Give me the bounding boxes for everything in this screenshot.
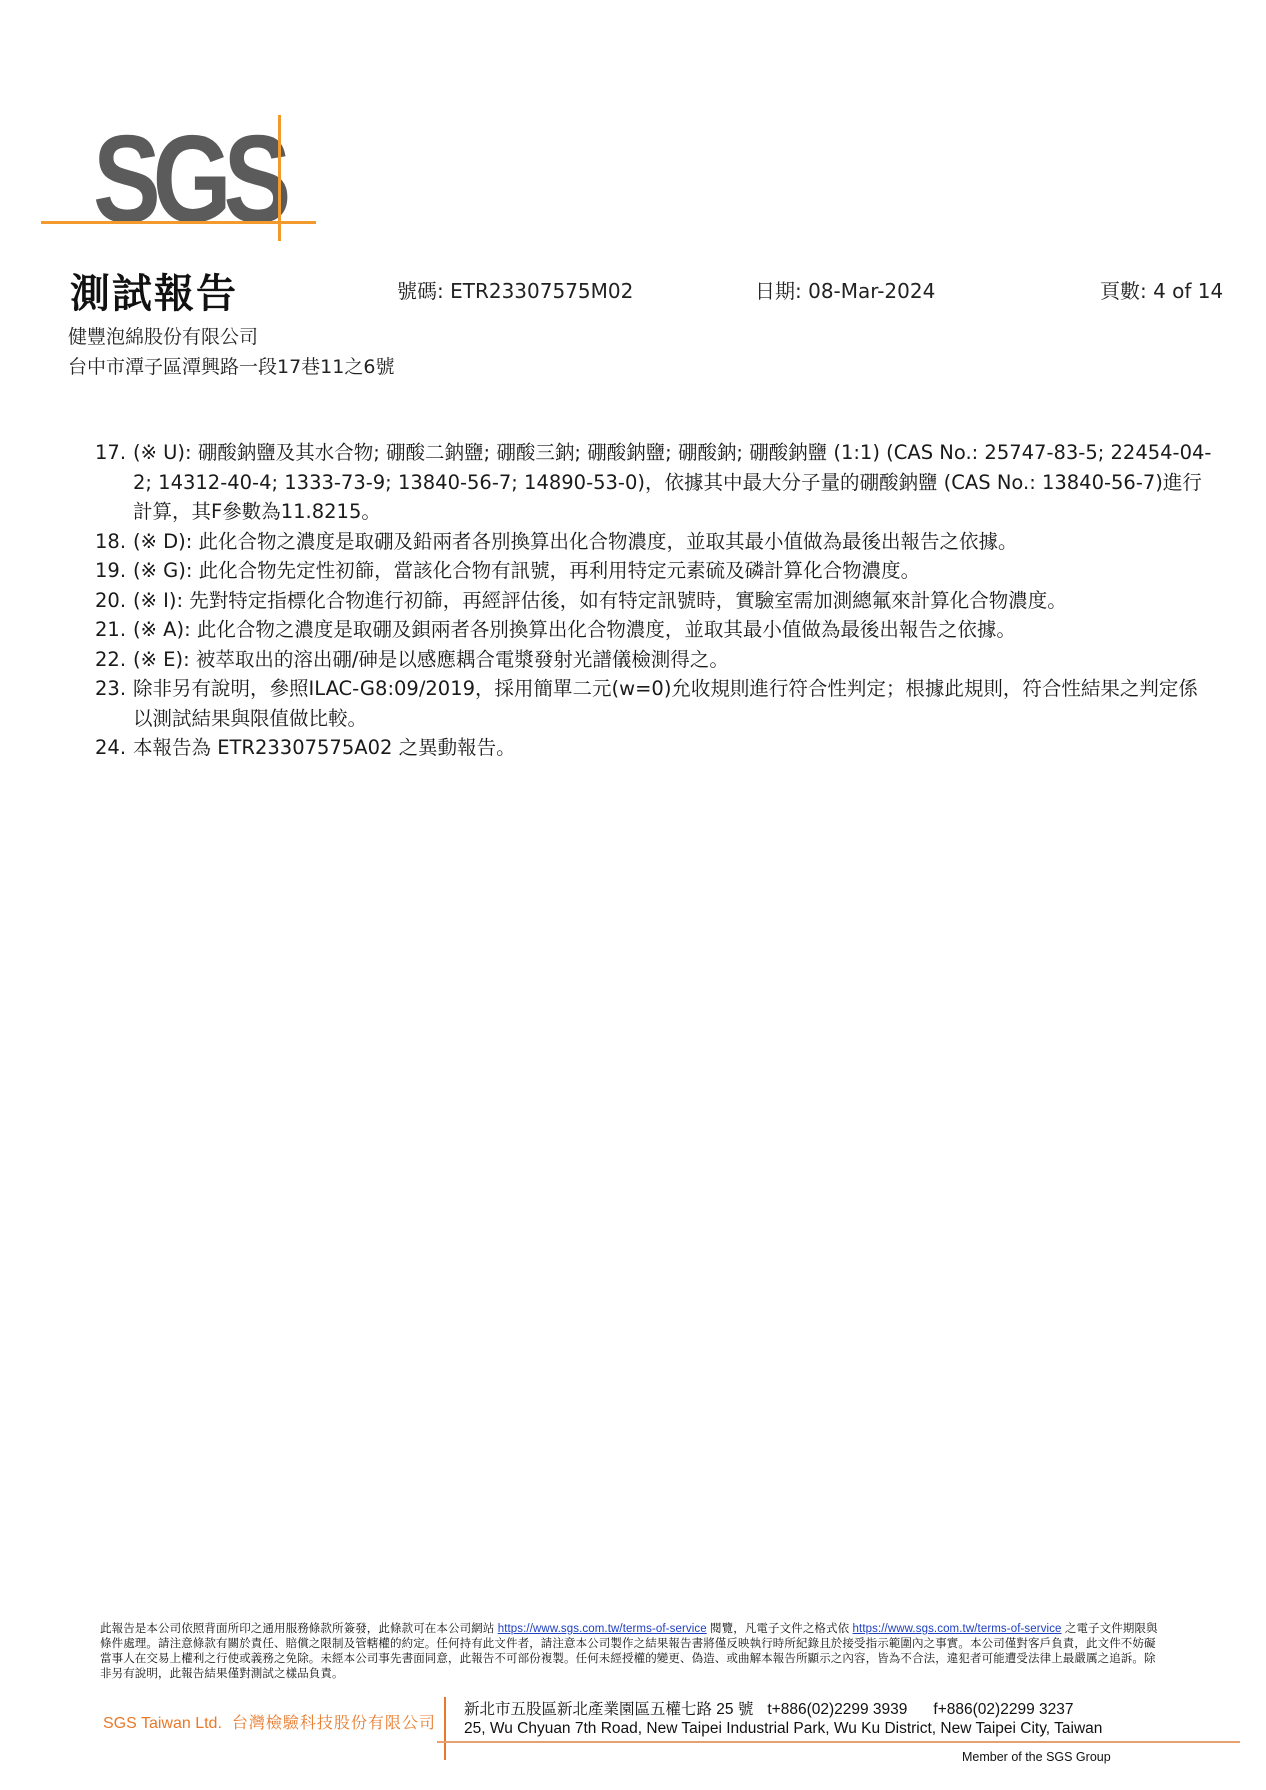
footer-vertical-rule <box>444 1697 446 1760</box>
member-note: Member of the SGS Group <box>962 1750 1111 1764</box>
note-number: 22. <box>95 645 133 675</box>
company-name-en: SGS Taiwan Ltd. <box>103 1715 222 1732</box>
logo-vertical-rule <box>278 115 281 241</box>
note-item: 21. (※ A): 此化合物之濃度是取硼及鋇兩者各別換算出化合物濃度，並取其最… <box>95 615 1215 645</box>
note-item: 18. (※ D): 此化合物之濃度是取硼及鉛兩者各別換算出化合物濃度，並取其最… <box>95 527 1215 557</box>
report-title: 測試報告 <box>70 262 238 319</box>
note-text: 除非另有說明，參照ILAC-G8:09/2019，採用簡單二元(w=0)允收規則… <box>133 674 1215 733</box>
client-name: 健豐泡綿股份有限公司 <box>68 322 258 349</box>
disclaimer-text: 閱覽，凡電子文件之格式依 <box>707 1623 853 1635</box>
note-number: 24. <box>95 733 133 763</box>
note-item: 24. 本報告為 ETR23307575A02 之異動報告。 <box>95 733 1215 763</box>
page-count: 頁數: 4 of 14 <box>1100 275 1223 304</box>
company-name: SGS Taiwan Ltd.台灣檢驗科技股份有限公司 <box>103 1710 436 1733</box>
terms-link[interactable]: https://www.sgs.com.tw/terms-of-service <box>853 1623 1062 1635</box>
note-item: 19. (※ G): 此化合物先定性初篩，當該化合物有訊號，再利用特定元素硫及磷… <box>95 556 1215 586</box>
terms-link[interactable]: https://www.sgs.com.tw/terms-of-service <box>498 1623 707 1635</box>
logo-horizontal-rule <box>41 221 316 224</box>
note-text: (※ U): 硼酸鈉鹽及其水合物; 硼酸二鈉鹽; 硼酸三鈉; 硼酸鈉鹽; 硼酸鈉… <box>133 438 1215 527</box>
note-item: 22. (※ E): 被萃取出的溶出硼/砷是以感應耦合電漿發射光譜儀檢測得之。 <box>95 645 1215 675</box>
company-name-zh: 台灣檢驗科技股份有限公司 <box>232 1715 436 1732</box>
fax: f+886(02)2299 3237 <box>933 1701 1073 1718</box>
note-number: 20. <box>95 586 133 616</box>
client-address: 台中市潭子區潭興路一段17巷11之6號 <box>68 352 394 379</box>
note-item: 20. (※ I): 先對特定指標化合物進行初篩，再經評估後，如有特定訊號時，實… <box>95 586 1215 616</box>
address-zh: 新北市五股區新北產業園區五權七路 25 號 <box>464 1701 753 1718</box>
note-text: (※ A): 此化合物之濃度是取硼及鋇兩者各別換算出化合物濃度，並取其最小值做為… <box>133 615 1215 645</box>
note-text: (※ E): 被萃取出的溶出硼/砷是以感應耦合電漿發射光譜儀檢測得之。 <box>133 645 1215 675</box>
note-text: (※ D): 此化合物之濃度是取硼及鉛兩者各別換算出化合物濃度，並取其最小值做為… <box>133 527 1215 557</box>
note-number: 18. <box>95 527 133 557</box>
address-zh-line: 新北市五股區新北產業園區五權七路 25 號t+886(02)2299 3939f… <box>464 1697 1073 1719</box>
note-text: 本報告為 ETR23307575A02 之異動報告。 <box>133 733 1215 763</box>
telephone: t+886(02)2299 3939 <box>767 1701 907 1718</box>
note-number: 19. <box>95 556 133 586</box>
report-number: 號碼: ETR23307575M02 <box>397 275 633 304</box>
note-number: 17. <box>95 438 133 527</box>
report-date: 日期: 08-Mar-2024 <box>755 275 935 304</box>
note-text: (※ I): 先對特定指標化合物進行初篩，再經評估後，如有特定訊號時，實驗室需加… <box>133 586 1215 616</box>
footer-horizontal-rule <box>437 1741 1240 1743</box>
disclaimer-text: 此報告是本公司依照背面所印之通用服務條款所簽發，此條款可在本公司網站 <box>100 1623 498 1635</box>
note-item: 17. (※ U): 硼酸鈉鹽及其水合物; 硼酸二鈉鹽; 硼酸三鈉; 硼酸鈉鹽;… <box>95 438 1215 527</box>
note-text: (※ G): 此化合物先定性初篩，當該化合物有訊號，再利用特定元素硫及磷計算化合… <box>133 556 1215 586</box>
note-number: 21. <box>95 615 133 645</box>
note-number: 23. <box>95 674 133 733</box>
address-en: 25, Wu Chyuan 7th Road, New Taipei Indus… <box>464 1720 1102 1738</box>
notes-list: 17. (※ U): 硼酸鈉鹽及其水合物; 硼酸二鈉鹽; 硼酸三鈉; 硼酸鈉鹽;… <box>95 438 1215 763</box>
note-item: 23. 除非另有說明，參照ILAC-G8:09/2019，採用簡單二元(w=0)… <box>95 674 1215 733</box>
footer-disclaimer: 此報告是本公司依照背面所印之通用服務條款所簽發，此條款可在本公司網站 https… <box>100 1622 1160 1682</box>
